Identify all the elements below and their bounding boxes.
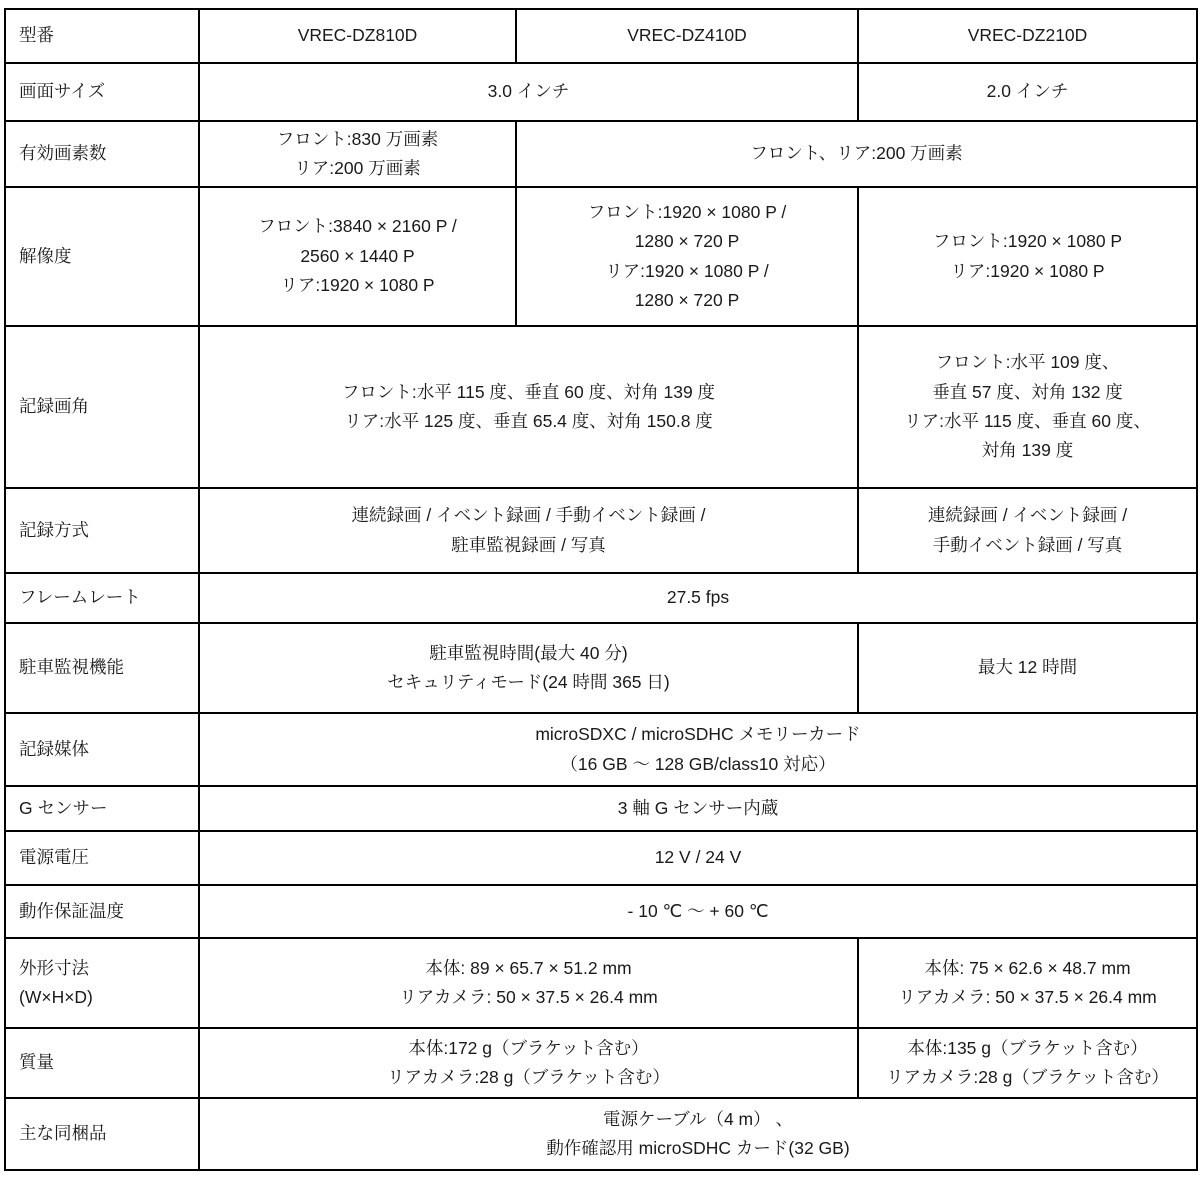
cell-recording-mode-dz810d-dz410d: 連続録画 / イベント録画 / 手動イベント録画 / 駐車監視録画 / 写真 [199, 488, 858, 573]
cell-parking-monitor-dz210d: 最大 12 時間 [858, 623, 1197, 713]
cell-operating-temp-all: - 10 ℃ ～ + 60 ℃ [199, 885, 1197, 938]
cell-recording-angle-dz810d-dz410d: フロント:水平 115 度、垂直 60 度、対角 139 度 リア:水平 125… [199, 326, 858, 488]
cell-dimensions-dz810d-dz410d: 本体: 89 × 65.7 × 51.2 mm リアカメラ: 50 × 37.5… [199, 938, 858, 1028]
cell-recording-mode-dz210d: 連続録画 / イベント録画 / 手動イベント録画 / 写真 [858, 488, 1197, 573]
row-label-model: 型番 [5, 9, 199, 63]
cell-power-voltage-all: 12 V / 24 V [199, 831, 1197, 885]
cell-effective-pixels-dz810d: フロント:830 万画素 リア:200 万画素 [199, 121, 516, 187]
cell-weight-dz210d: 本体:135 g（ブラケット含む） リアカメラ:28 g（ブラケット含む） [858, 1028, 1197, 1098]
spec-row-included-items: 主な同梱品 電源ケーブル（4 m） 、 動作確認用 microSDHC カード(… [5, 1098, 1197, 1170]
cell-dimensions-dz210d: 本体: 75 × 62.6 × 48.7 mm リアカメラ: 50 × 37.5… [858, 938, 1197, 1028]
cell-storage-media-all: microSDXC / microSDHC メモリーカード （16 GB ～ 1… [199, 713, 1197, 786]
row-label-g-sensor: G センサー [5, 786, 199, 831]
spec-row-frame-rate: フレームレート 27.5 fps [5, 573, 1197, 623]
spec-row-storage-media: 記録媒体 microSDXC / microSDHC メモリーカード （16 G… [5, 713, 1197, 786]
cell-g-sensor-all: 3 軸 G センサー内蔵 [199, 786, 1197, 831]
spec-row-effective-pixels: 有効画素数 フロント:830 万画素 リア:200 万画素 フロント、リア:20… [5, 121, 1197, 187]
row-label-frame-rate: フレームレート [5, 573, 199, 623]
row-label-screen-size: 画面サイズ [5, 63, 199, 121]
cell-weight-dz810d-dz410d: 本体:172 g（ブラケット含む） リアカメラ:28 g（ブラケット含む） [199, 1028, 858, 1098]
cell-resolution-dz210d: フロント:1920 × 1080 P リア:1920 × 1080 P [858, 187, 1197, 326]
row-label-parking-monitor: 駐車監視機能 [5, 623, 199, 713]
row-label-operating-temp: 動作保証温度 [5, 885, 199, 938]
row-label-power-voltage: 電源電圧 [5, 831, 199, 885]
row-label-storage-media: 記録媒体 [5, 713, 199, 786]
row-label-weight: 質量 [5, 1028, 199, 1098]
row-label-included-items: 主な同梱品 [5, 1098, 199, 1170]
row-label-effective-pixels: 有効画素数 [5, 121, 199, 187]
spec-row-model: 型番 VREC-DZ810D VREC-DZ410D VREC-DZ210D [5, 9, 1197, 63]
cell-resolution-dz810d: フロント:3840 × 2160 P / 2560 × 1440 P リア:19… [199, 187, 516, 326]
row-label-recording-angle: 記録画角 [5, 326, 199, 488]
cell-included-items-all: 電源ケーブル（4 m） 、 動作確認用 microSDHC カード(32 GB) [199, 1098, 1197, 1170]
spec-row-g-sensor: G センサー 3 軸 G センサー内蔵 [5, 786, 1197, 831]
cell-effective-pixels-dz410d-dz210d: フロント、リア:200 万画素 [516, 121, 1197, 187]
row-label-dimensions: 外形寸法 (W×H×D) [5, 938, 199, 1028]
cell-frame-rate-all: 27.5 fps [199, 573, 1197, 623]
spec-row-recording-mode: 記録方式 連続録画 / イベント録画 / 手動イベント録画 / 駐車監視録画 /… [5, 488, 1197, 573]
spec-row-dimensions: 外形寸法 (W×H×D) 本体: 89 × 65.7 × 51.2 mm リアカ… [5, 938, 1197, 1028]
spec-row-operating-temp: 動作保証温度 - 10 ℃ ～ + 60 ℃ [5, 885, 1197, 938]
spec-row-recording-angle: 記録画角 フロント:水平 115 度、垂直 60 度、対角 139 度 リア:水… [5, 326, 1197, 488]
cell-model-dz410d: VREC-DZ410D [516, 9, 858, 63]
cell-parking-monitor-dz810d-dz410d: 駐車監視時間(最大 40 分) セキュリティモード(24 時間 365 日) [199, 623, 858, 713]
spec-row-power-voltage: 電源電圧 12 V / 24 V [5, 831, 1197, 885]
cell-screen-size-dz210d: 2.0 インチ [858, 63, 1197, 121]
spec-row-weight: 質量 本体:172 g（ブラケット含む） リアカメラ:28 g（ブラケット含む）… [5, 1028, 1197, 1098]
row-label-resolution: 解像度 [5, 187, 199, 326]
cell-model-dz810d: VREC-DZ810D [199, 9, 516, 63]
cell-resolution-dz410d: フロント:1920 × 1080 P / 1280 × 720 P リア:192… [516, 187, 858, 326]
cell-screen-size-dz810d-dz410d: 3.0 インチ [199, 63, 858, 121]
cell-recording-angle-dz210d: フロント:水平 109 度、 垂直 57 度、対角 132 度 リア:水平 11… [858, 326, 1197, 488]
spec-row-screen-size: 画面サイズ 3.0 インチ 2.0 インチ [5, 63, 1197, 121]
spec-row-resolution: 解像度 フロント:3840 × 2160 P / 2560 × 1440 P リ… [5, 187, 1197, 326]
spec-row-parking-monitor: 駐車監視機能 駐車監視時間(最大 40 分) セキュリティモード(24 時間 3… [5, 623, 1197, 713]
cell-model-dz210d: VREC-DZ210D [858, 9, 1197, 63]
spec-table: 型番 VREC-DZ810D VREC-DZ410D VREC-DZ210D 画… [4, 8, 1198, 1171]
row-label-recording-mode: 記録方式 [5, 488, 199, 573]
